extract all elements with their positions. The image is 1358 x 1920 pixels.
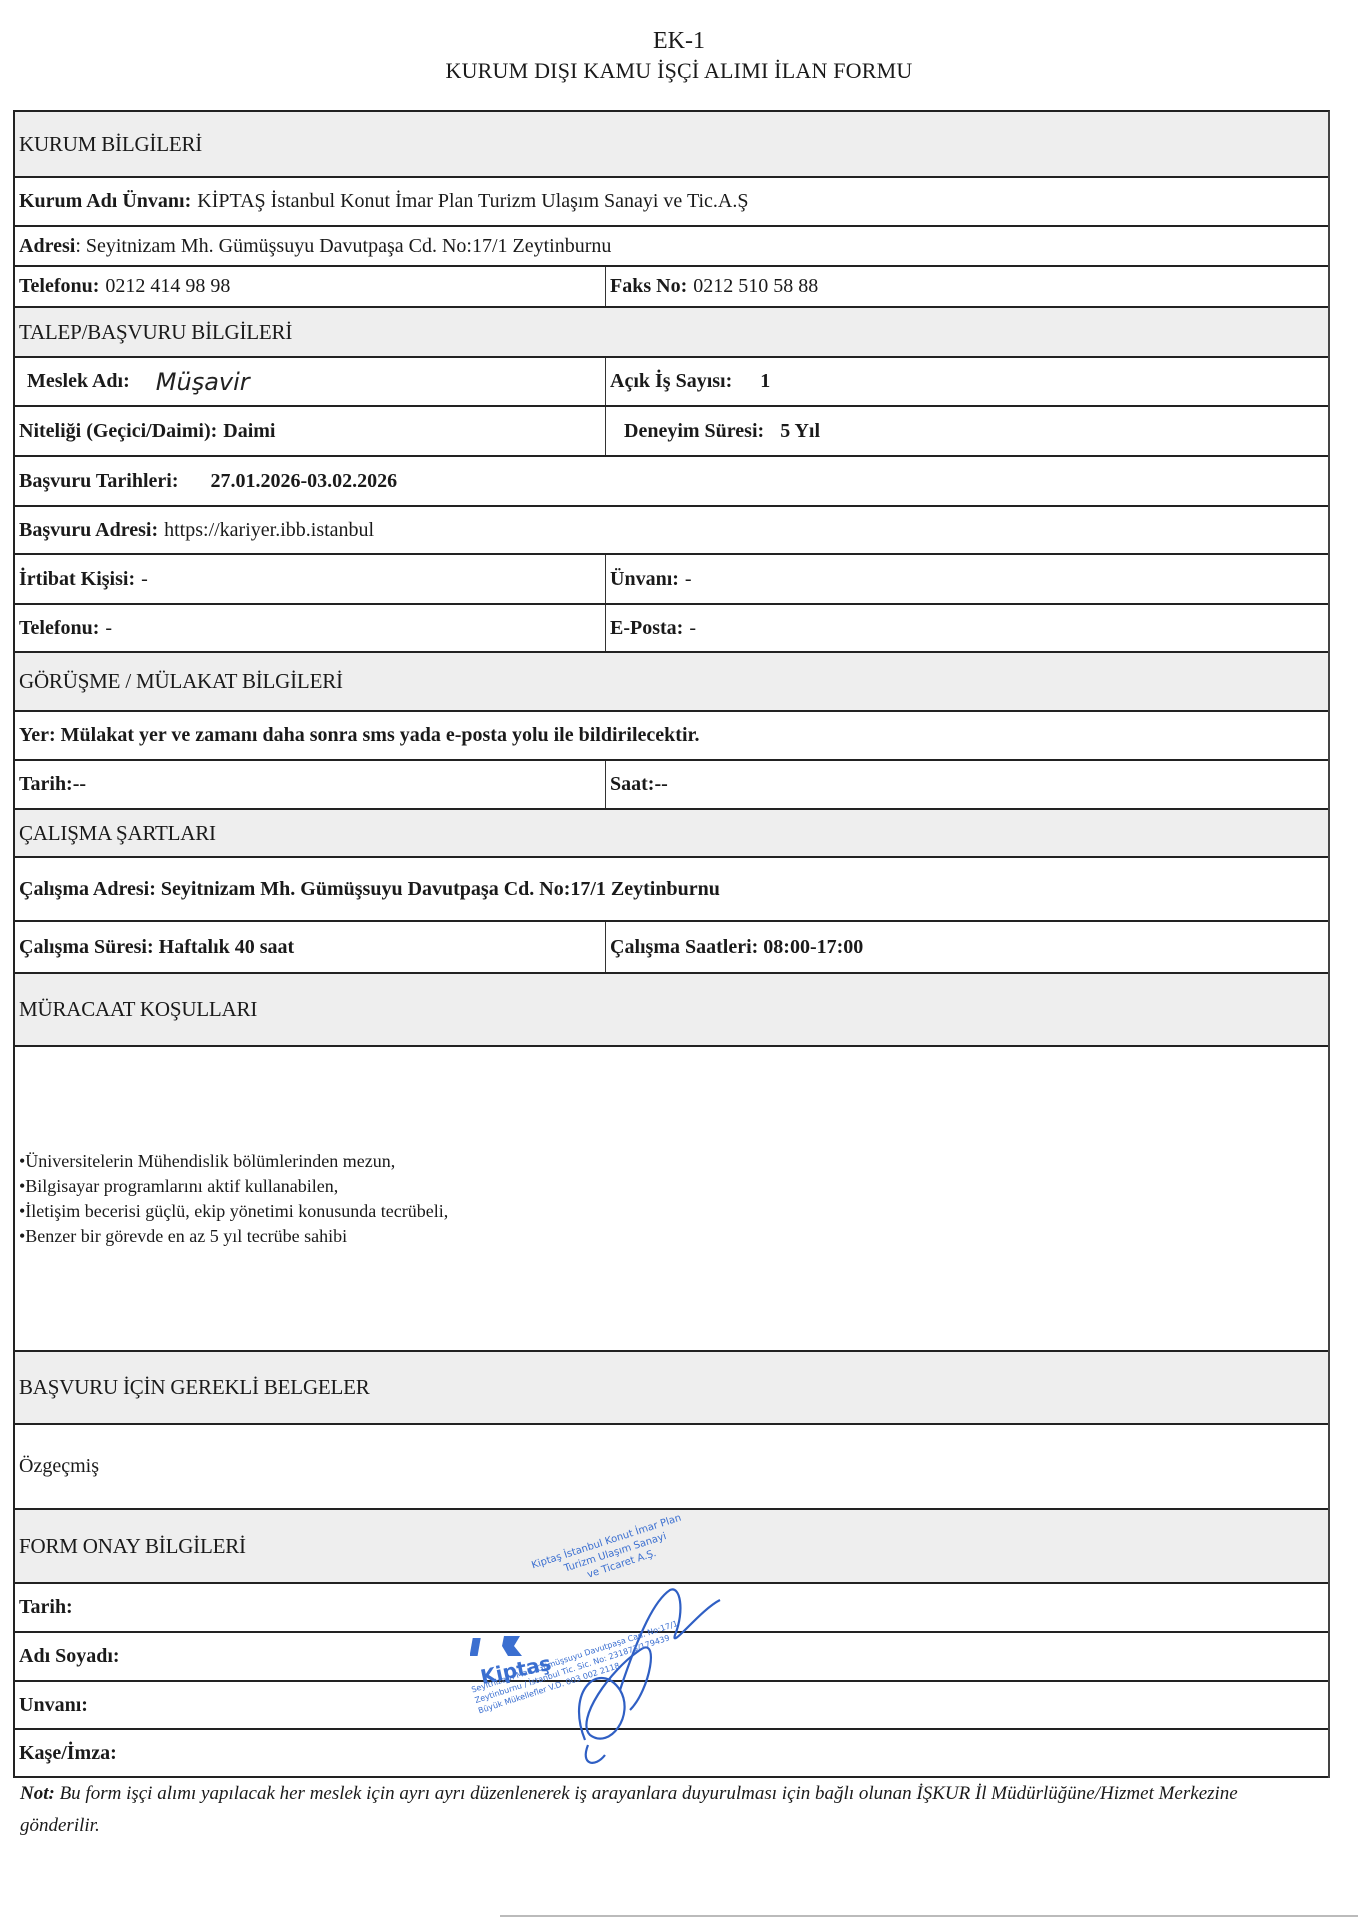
gorusme-tarih: Tarih:-- [19,773,86,796]
calisma-sure-row: Çalışma Süresi: Haftalık 40 saat Çalışma… [15,922,1328,974]
eposta-label: E-Posta: [610,617,683,640]
kurum-address-value: : Seyitnizam Mh. Gümüşsuyu Davutpaşa Cd.… [75,235,611,258]
annex-label: EK-1 [0,26,1358,56]
footnote-text: Bu form işçi alımı yapılacak her meslek … [20,1783,1238,1836]
meslek-label: Meslek Adı: [27,370,130,393]
calisma-adres-row: Çalışma Adresi: Seyitnizam Mh. Gümüşsuyu… [15,858,1328,922]
section-title: ÇALIŞMA ŞARTLARI [15,810,1328,856]
section-title: FORM ONAY BİLGİLERİ [15,1510,1328,1582]
deneyim-label: Deneyim Süresi: [624,420,764,443]
basvuru-tarih-row: Başvuru Tarihleri:27.01.2026-03.02.2026 [15,457,1328,507]
form-title: KURUM DIŞI KAMU İŞÇİ ALIMI İLAN FORMU [0,56,1358,86]
gorusme-saat: Saat:-- [610,773,668,796]
belgeler-body: Özgeçmiş [15,1425,1328,1510]
basvuru-adres-link[interactable]: https://kariyer.ibb.istanbul [164,519,374,542]
onay-adi-row: Adı Soyadı: [15,1633,1328,1682]
section-title: KURUM BİLGİLERİ [15,112,1328,176]
onay-adi-label: Adı Soyadı: [19,1645,120,1668]
section-title: TALEP/BAŞVURU BİLGİLERİ [15,308,1328,356]
footnote-label: Not: [20,1783,55,1804]
section-onay-header: FORM ONAY BİLGİLERİ [15,1510,1328,1584]
basvuru-adres-row: Başvuru Adresi:https://kariyer.ibb.istan… [15,507,1328,555]
scan-edge-divider [500,1915,1358,1917]
acik-is-value: 1 [760,370,770,393]
muracaat-list: •Üniversitelerin Mühendislik bölümlerind… [15,1047,1328,1350]
irtibat-row: İrtibat Kişisi:- Ünvanı:- [15,555,1328,605]
telefon-value: - [105,617,112,640]
muracaat-item: •Üniversitelerin Mühendislik bölümlerind… [19,1149,395,1174]
telefon-label: Telefonu: [19,617,99,640]
section-title: BAŞVURU İÇİN GEREKLİ BELGELER [15,1352,1328,1423]
eposta-value: - [689,617,696,640]
basvuru-adres-label: Başvuru Adresi: [19,519,158,542]
onay-tarih-label: Tarih: [19,1596,73,1619]
kurum-phone-label: Telefonu: [19,275,99,298]
iletisim-row: Telefonu:- E-Posta:- [15,605,1328,653]
unvan-value: - [685,568,692,591]
kurum-name-label: Kurum Adı Ünvanı: [19,190,191,213]
belgeler-value: Özgeçmiş [15,1425,1328,1508]
form-table: KURUM BİLGİLERİ Kurum Adı Ünvanı:KİPTAŞ … [13,110,1330,1778]
muracaat-body: •Üniversitelerin Mühendislik bölümlerind… [15,1047,1328,1352]
meslek-value-handwritten: Müşavir [156,368,250,396]
kurum-address-row: Adresi: Seyitnizam Mh. Gümüşsuyu Davutpa… [15,227,1328,267]
section-title: MÜRACAAT KOŞULLARI [15,974,1328,1045]
kurum-fax-label: Faks No: [610,275,687,298]
onay-unvan-row: Unvanı: [15,1682,1328,1730]
irtibat-value: - [141,568,148,591]
nitelik-value: Daimi [223,420,275,443]
meslek-row: Meslek Adı:Müşavir Açık İş Sayısı:1 [15,358,1328,407]
section-kurum-header: KURUM BİLGİLERİ [15,112,1328,178]
section-gorusme-header: GÖRÜŞME / MÜLAKAT BİLGİLERİ [15,653,1328,712]
onay-kase-row: Kaşe/İmza: [15,1730,1328,1778]
muracaat-item: •İletişim becerisi güçlü, ekip yönetimi … [19,1199,448,1224]
gorusme-yer: Yer: Mülakat yer ve zamanı daha sonra sm… [19,724,700,747]
kurum-name-value: KİPTAŞ İstanbul Konut İmar Plan Turizm U… [197,190,748,213]
onay-unvan-label: Unvanı: [19,1694,88,1717]
section-muracaat-header: MÜRACAAT KOŞULLARI [15,974,1328,1047]
deneyim-value: 5 Yıl [780,420,820,443]
document-header: EK-1 KURUM DIŞI KAMU İŞÇİ ALIMI İLAN FOR… [0,26,1358,86]
onay-kase-label: Kaşe/İmza: [19,1742,117,1765]
basvuru-tarih-value: 27.01.2026-03.02.2026 [210,470,397,493]
acik-is-label: Açık İş Sayısı: [610,370,732,393]
kurum-name-row: Kurum Adı Ünvanı:KİPTAŞ İstanbul Konut İ… [15,178,1328,227]
section-talep-header: TALEP/BAŞVURU BİLGİLERİ [15,308,1328,358]
section-title: GÖRÜŞME / MÜLAKAT BİLGİLERİ [15,653,1328,710]
unvan-label: Ünvanı: [610,568,679,591]
nitelik-label: Niteliği (Geçici/Daimi): [19,420,217,443]
section-belgeler-header: BAŞVURU İÇİN GEREKLİ BELGELER [15,1352,1328,1425]
calisma-sure: Çalışma Süresi: Haftalık 40 saat [19,936,294,959]
kurum-address-label: Adresi [19,235,75,258]
nitelik-row: Niteliği (Geçici/Daimi):Daimi Deneyim Sü… [15,407,1328,457]
gorusme-yer-row: Yer: Mülakat yer ve zamanı daha sonra sm… [15,712,1328,761]
muracaat-item: •Bilgisayar programlarını aktif kullanab… [19,1174,338,1199]
footnote: Not: Bu form işçi alımı yapılacak her me… [20,1778,1320,1842]
kurum-fax-value: 0212 510 58 88 [693,275,818,298]
gorusme-zaman-row: Tarih:-- Saat:-- [15,761,1328,810]
basvuru-tarih-label: Başvuru Tarihleri: [19,470,178,493]
calisma-saatleri: Çalışma Saatleri: 08:00-17:00 [610,936,863,959]
onay-tarih-row: Tarih: [15,1584,1328,1633]
muracaat-item: •Benzer bir görevde en az 5 yıl tecrübe … [19,1224,347,1249]
kurum-contact-row: Telefonu:0212 414 98 98 Faks No:0212 510… [15,267,1328,308]
section-calisma-header: ÇALIŞMA ŞARTLARI [15,810,1328,858]
irtibat-label: İrtibat Kişisi: [19,568,135,591]
kurum-phone-value: 0212 414 98 98 [105,275,230,298]
calisma-adres: Çalışma Adresi: Seyitnizam Mh. Gümüşsuyu… [19,878,720,901]
